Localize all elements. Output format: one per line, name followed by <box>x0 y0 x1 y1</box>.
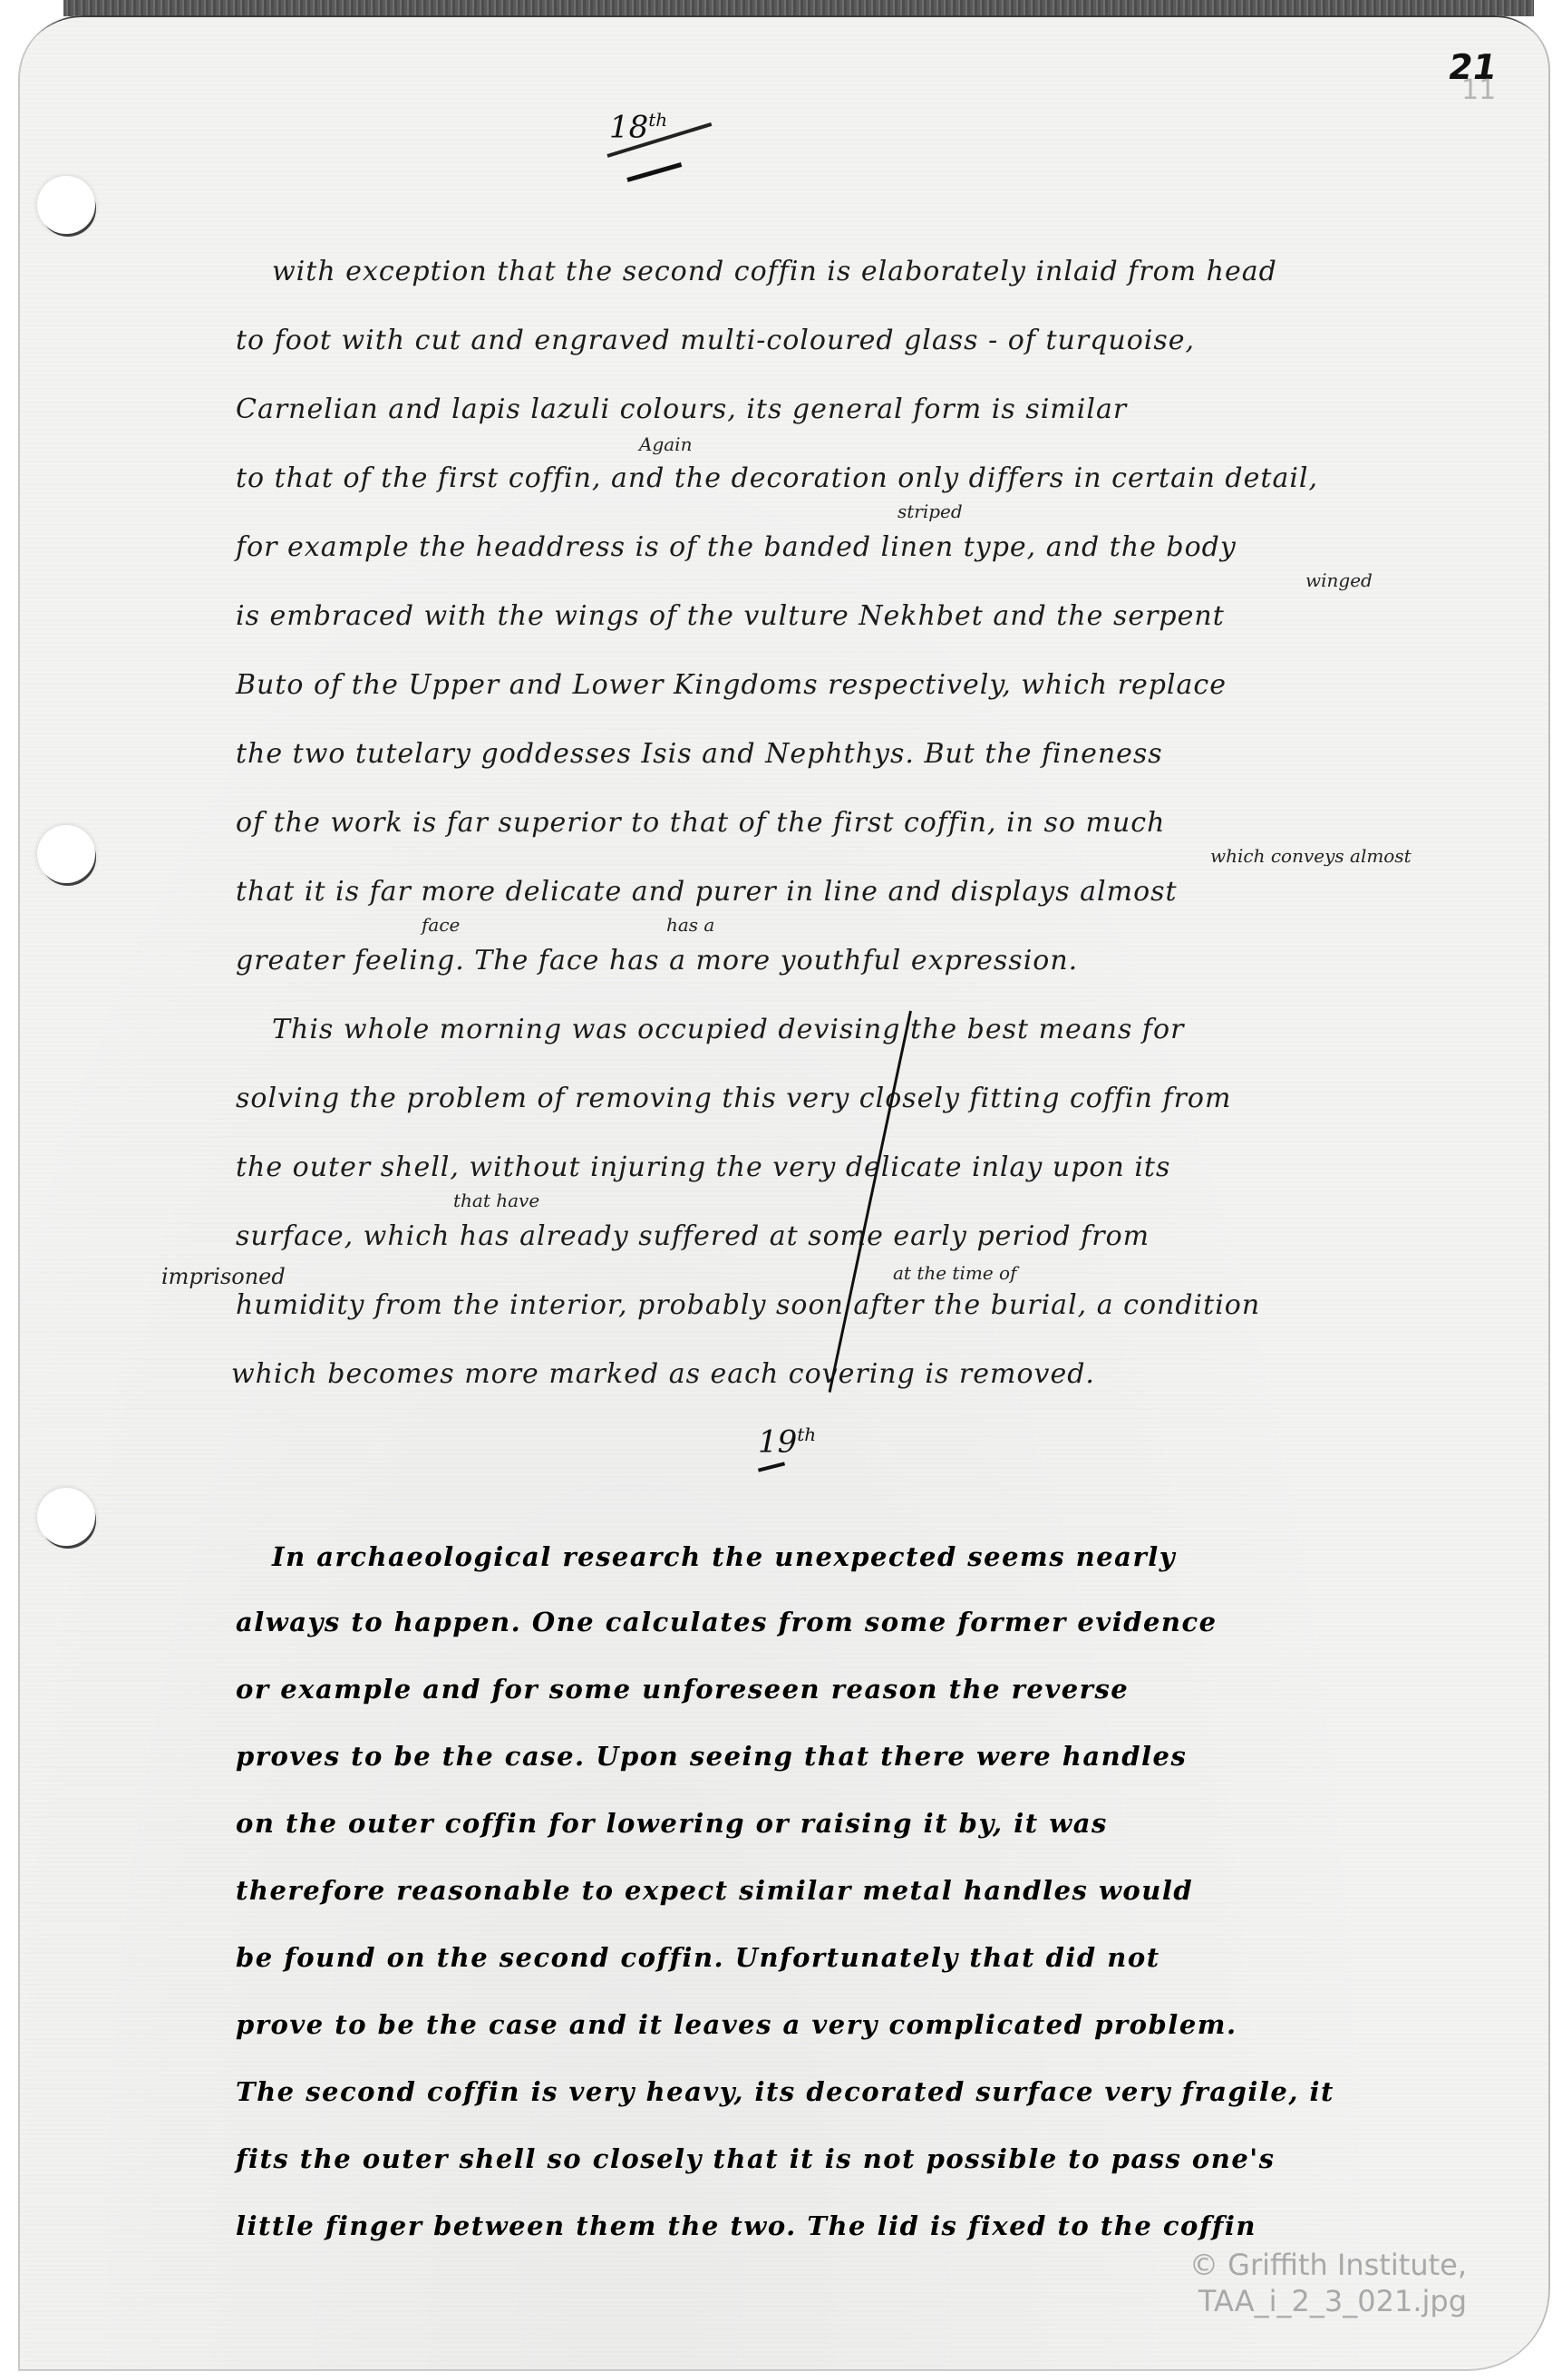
heading-suffix: th <box>797 1423 816 1445</box>
copyright-watermark: © Griffith Institute, TAA_i_2_3_021.jpg <box>1189 2247 1467 2319</box>
text-line: In archaeological research the unexpecte… <box>272 1541 1514 1572</box>
text-line: with exception that the second coffin is… <box>272 256 1514 287</box>
insertion-note: striped <box>897 500 963 522</box>
insertion-note: has a <box>666 914 714 936</box>
text-line: Buto of the Upper and Lower Kingdoms res… <box>236 669 1478 701</box>
day-heading-19: 19th <box>758 1423 816 1460</box>
text-line: humidity from the interior, probably soo… <box>236 1289 1478 1321</box>
text-line: is embraced with the wings of the vultur… <box>236 600 1478 632</box>
text-line: the outer shell, without injuring the ve… <box>236 1151 1478 1183</box>
text-line: solving the problem of removing this ver… <box>236 1083 1478 1114</box>
watermark-line-2: TAA_i_2_3_021.jpg <box>1189 2283 1467 2319</box>
punch-hole-top <box>37 176 95 234</box>
text-line: fits the outer shell so closely that it … <box>236 2143 1478 2174</box>
text-line: or example and for some unforeseen reaso… <box>236 1674 1478 1705</box>
insertion-note: winged <box>1305 569 1373 591</box>
heading-number: 18 <box>609 109 648 145</box>
text-line: that it is far more delicate and purer i… <box>236 876 1478 908</box>
text-line: of the work is far superior to that of t… <box>236 807 1478 839</box>
text-line: be found on the second coffin. Unfortuna… <box>236 1942 1478 1973</box>
page-number-ghost: 11 <box>1461 74 1496 106</box>
insertion-note: face <box>422 914 460 936</box>
text-line: to foot with cut and engraved multi-colo… <box>236 325 1478 356</box>
text-line: greater feeling. The face has a more you… <box>236 945 1478 976</box>
watermark-line-1: © Griffith Institute, <box>1189 2247 1467 2283</box>
text-line: which becomes more marked as each coveri… <box>231 1358 1473 1390</box>
text-line: surface, which has already suffered at s… <box>236 1220 1478 1252</box>
text-line: to that of the first coffin, and the dec… <box>236 462 1478 494</box>
text-line: proves to be the case. Upon seeing that … <box>236 1741 1478 1772</box>
text-line: for example the headdress is of the band… <box>236 531 1478 563</box>
text-line: on the outer coffin for lowering or rais… <box>236 1808 1478 1839</box>
punch-hole-middle <box>37 825 95 883</box>
punch-hole-bottom <box>37 1488 95 1546</box>
scanner-top-band <box>63 0 1534 16</box>
text-line: prove to be the case and it leaves a ver… <box>236 2009 1478 2040</box>
insertion-note: which conveys almost <box>1210 845 1412 867</box>
day-heading-18: 18th <box>609 109 667 145</box>
margin-note: imprisoned <box>161 1264 286 1289</box>
text-line: therefore reasonable to expect similar m… <box>236 1875 1478 1906</box>
text-line: This whole morning was occupied devising… <box>272 1014 1514 1045</box>
text-line: the two tutelary goddesses Isis and Neph… <box>236 738 1478 770</box>
insertion-note: that have <box>453 1190 539 1211</box>
text-line: The second coffin is very heavy, its dec… <box>236 2076 1478 2107</box>
text-line: Carnelian and lapis lazuli colours, its … <box>236 393 1478 425</box>
insertion-note: at the time of <box>893 1262 1016 1284</box>
text-line: always to happen. One calculates from so… <box>236 1607 1478 1637</box>
insertion-note: Again <box>639 433 692 455</box>
text-line: little finger between them the two. The … <box>236 2210 1478 2241</box>
heading-number: 19 <box>758 1423 797 1460</box>
heading-suffix: th <box>648 109 667 131</box>
